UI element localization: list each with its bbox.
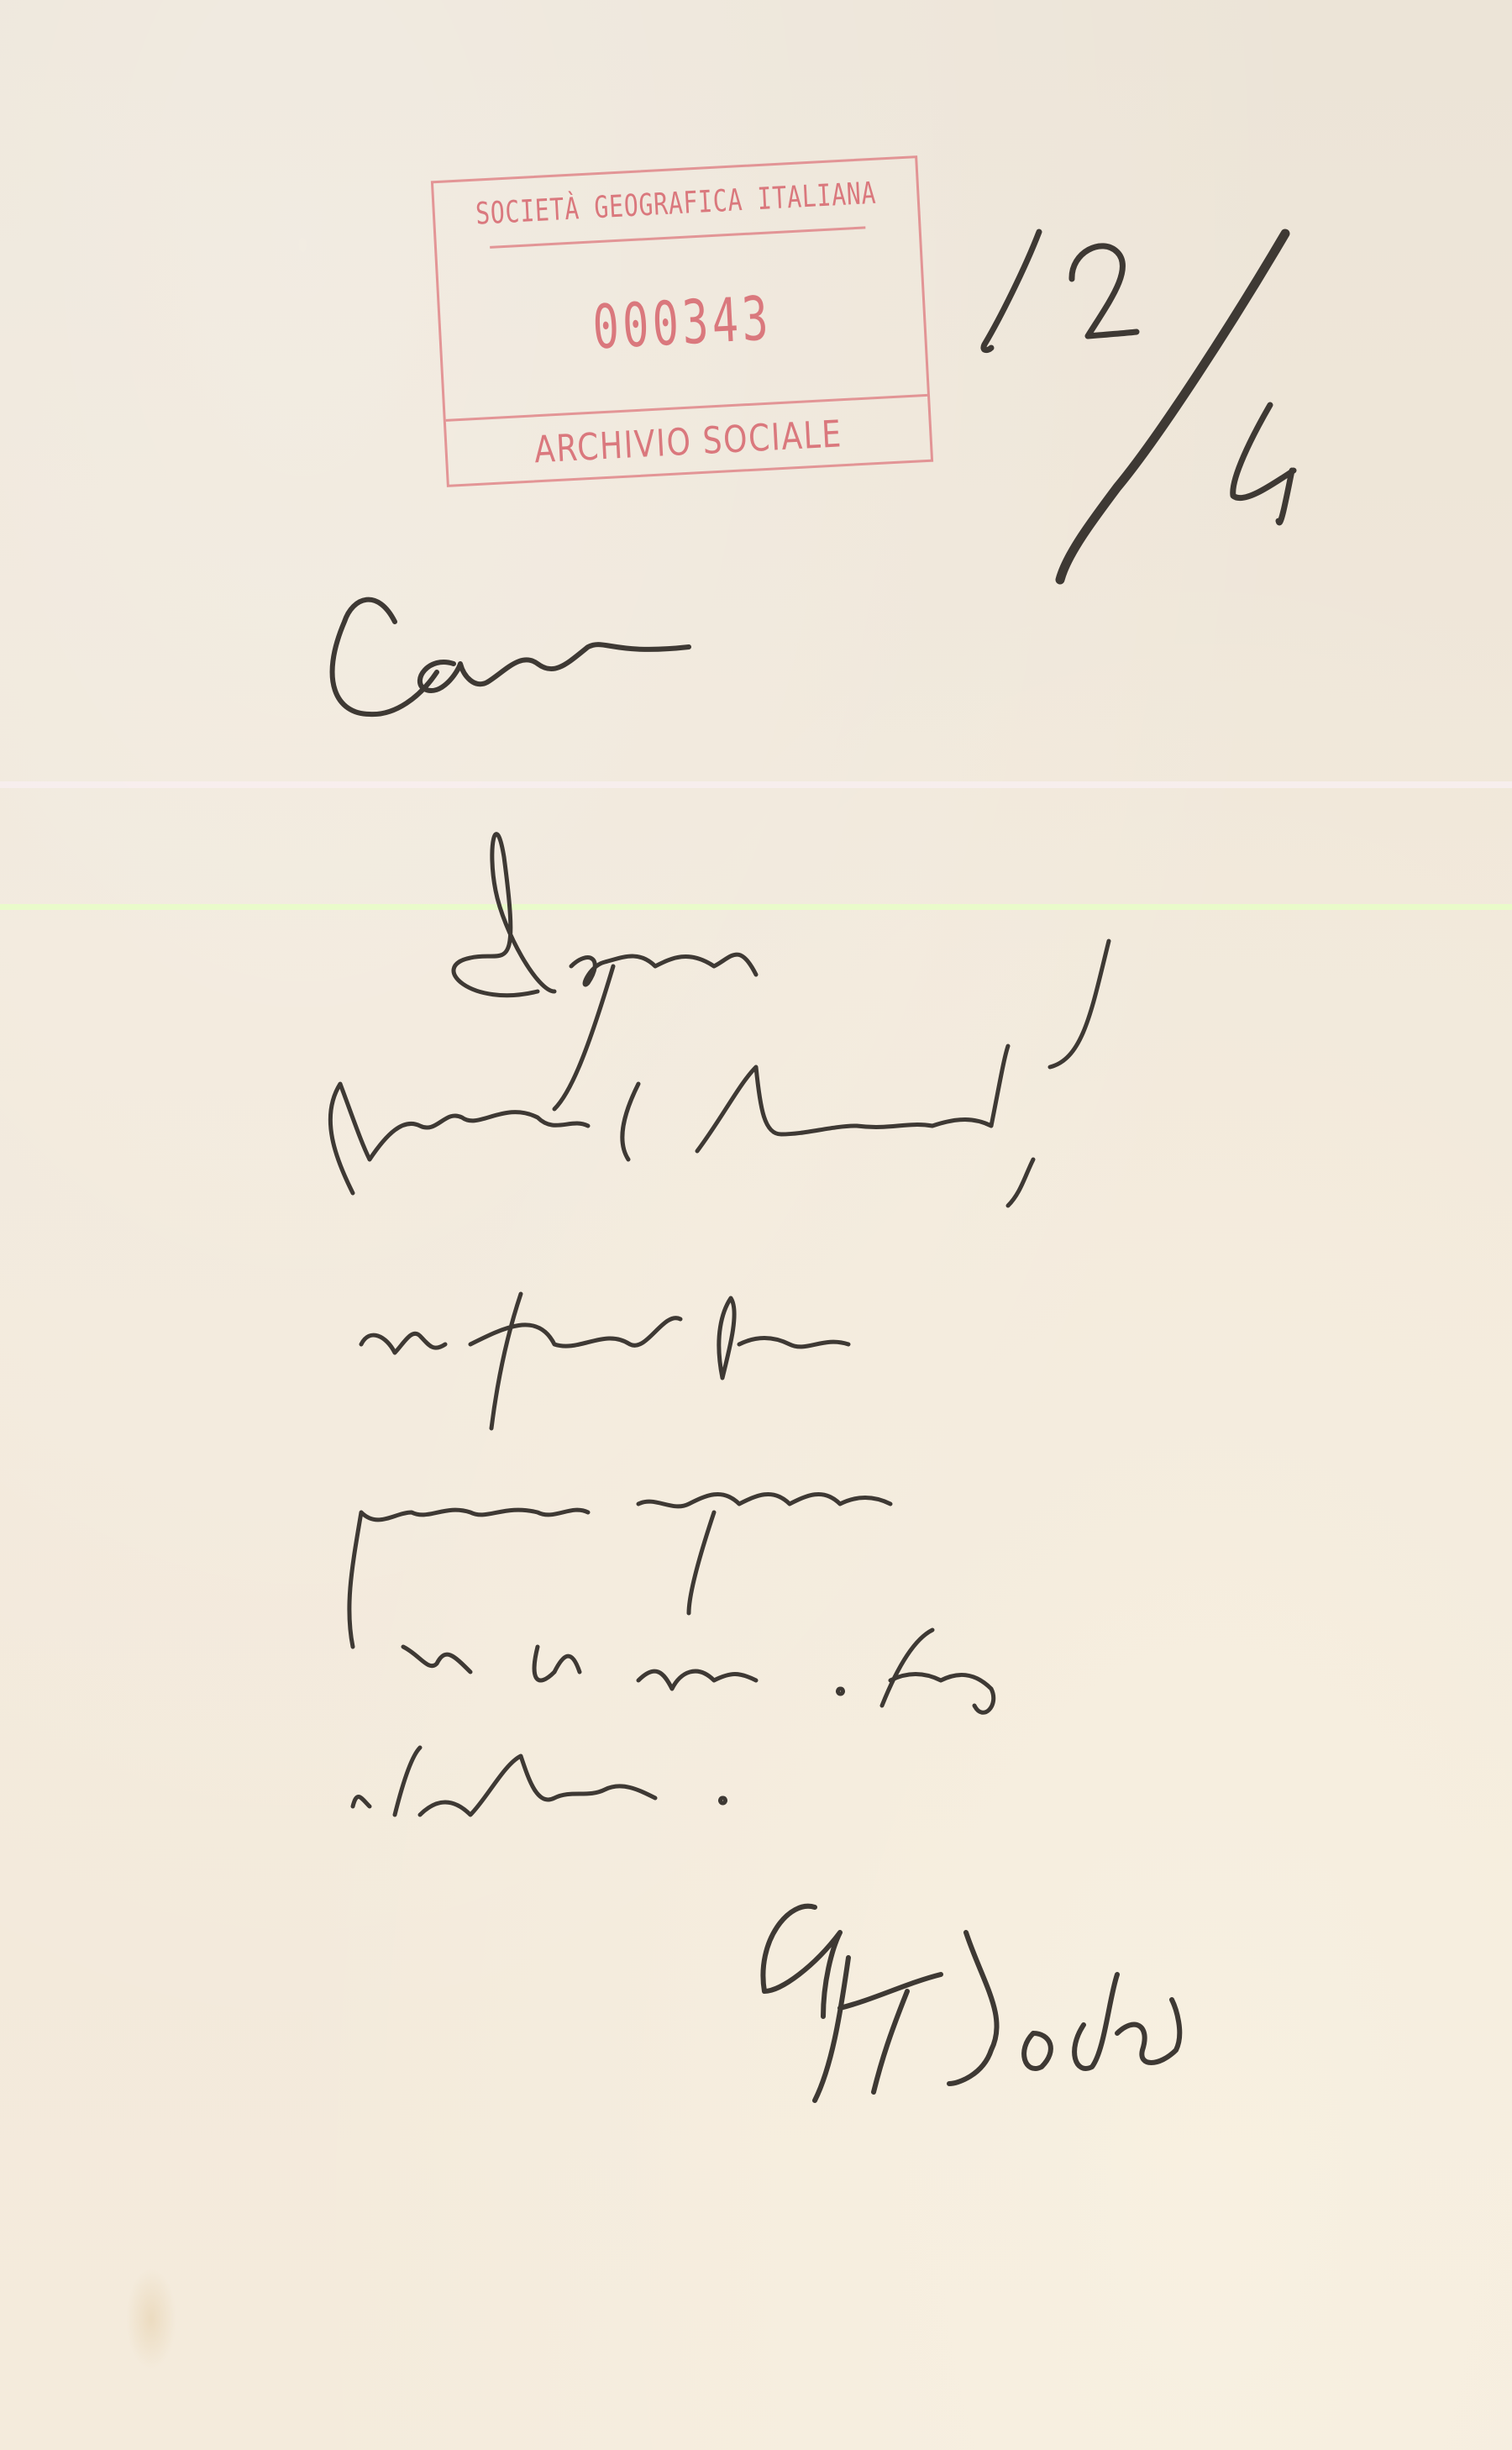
handwriting-strokes [0,0,1512,2450]
salutation-strokes [333,600,689,715]
signature-strokes [763,1906,1179,2100]
date-strokes [984,232,1294,580]
body-strokes [330,834,1109,1815]
